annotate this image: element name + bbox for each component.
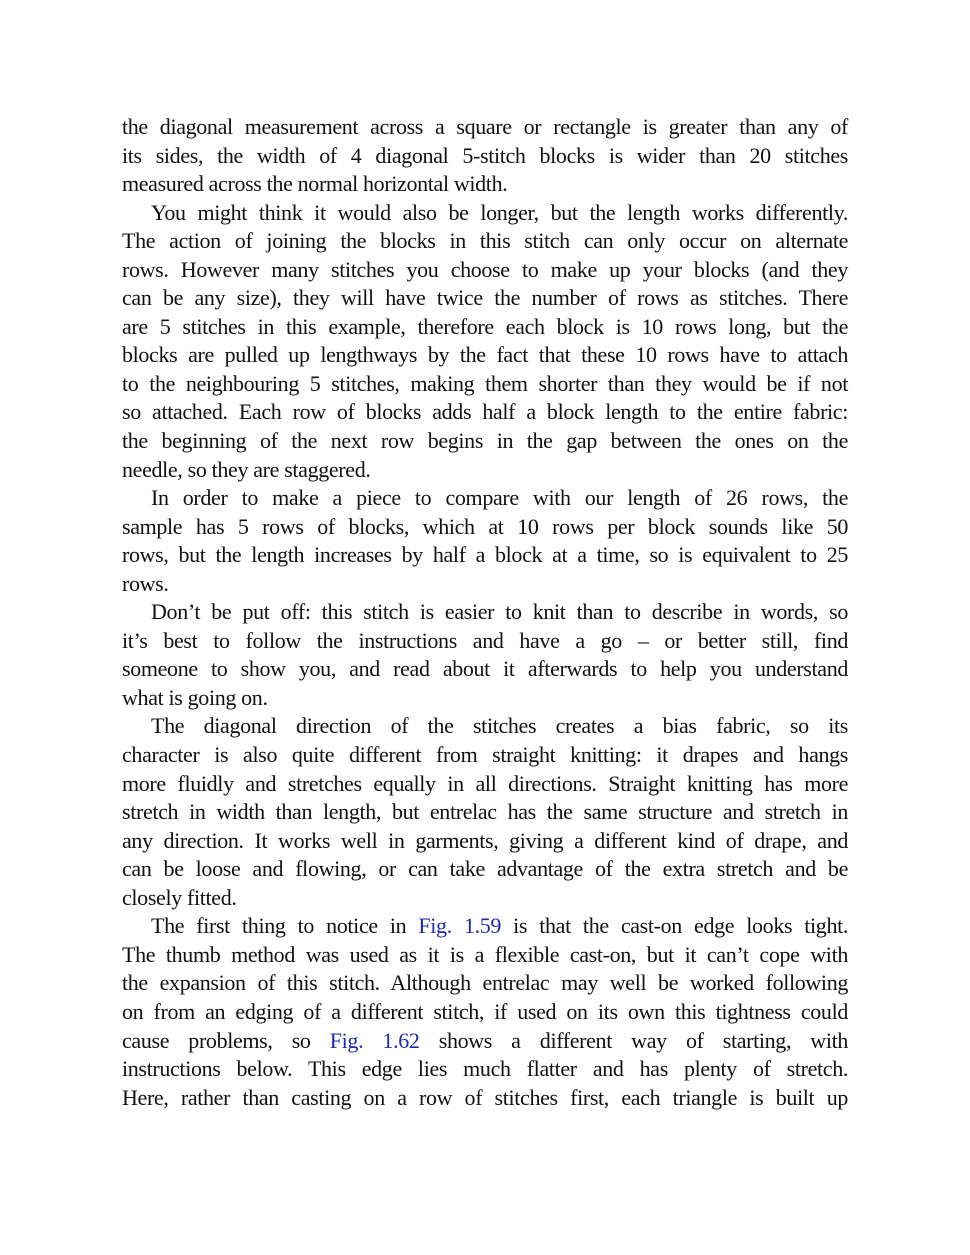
- text-line: blocks are pulled up lengthways by the f…: [122, 341, 848, 370]
- text-line: so attached. Each row of blocks adds hal…: [122, 398, 848, 427]
- text-line: sample has 5 rows of blocks, which at 10…: [122, 513, 848, 542]
- paragraph-figure-reference: The first thing to notice in Fig. 1.59 i…: [122, 912, 848, 1112]
- fig-1-62-link[interactable]: Fig. 1.62: [330, 1028, 420, 1053]
- text-line: Don’t be put off: this stitch is easier …: [122, 598, 848, 627]
- text-line: to the neighbouring 5 stitches, making t…: [122, 370, 848, 399]
- text-line: the expansion of this stitch. Although e…: [122, 969, 848, 998]
- text-line: any direction. It works well in garments…: [122, 827, 848, 856]
- text-line: can be loose and flowing, or can take ad…: [122, 855, 848, 884]
- text-line: someone to show you, and read about it a…: [122, 655, 848, 684]
- text-line: character is also quite different from s…: [122, 741, 848, 770]
- text-line: it’s best to follow the instructions and…: [122, 627, 848, 656]
- text-line: The thumb method was used as it is a fle…: [122, 941, 848, 970]
- text-line: cause problems, so Fig. 1.62 shows a dif…: [122, 1027, 848, 1056]
- text-line: measured across the normal horizontal wi…: [122, 170, 848, 199]
- text-line: instructions below. This edge lies much …: [122, 1055, 848, 1084]
- text-line: the beginning of the next row begins in …: [122, 427, 848, 456]
- text-line: are 5 stitches in this example, therefor…: [122, 313, 848, 342]
- text-line: rows, but the length increases by half a…: [122, 541, 848, 570]
- text-line: The diagonal direction of the stitches c…: [122, 712, 848, 741]
- text-line: You might think it would also be longer,…: [122, 199, 848, 228]
- text-line: on from an edging of a different stitch,…: [122, 998, 848, 1027]
- text-line: The action of joining the blocks in this…: [122, 227, 848, 256]
- text-line: The first thing to notice in Fig. 1.59 i…: [122, 912, 848, 941]
- text-line: what is going on.: [122, 684, 848, 713]
- text-line: Here, rather than casting on a row of st…: [122, 1084, 848, 1113]
- text-line: needle, so they are staggered.: [122, 456, 848, 485]
- text-line: closely fitted.: [122, 884, 848, 913]
- text-line: more fluidly and stretches equally in al…: [122, 770, 848, 799]
- document-page: the diagonal measurement across a square…: [122, 113, 848, 1112]
- text-line: stretch in width than length, but entrel…: [122, 798, 848, 827]
- text-line: can be any size), they will have twice t…: [122, 284, 848, 313]
- text-line: rows. However many stitches you choose t…: [122, 256, 848, 285]
- text-line: In order to make a piece to compare with…: [122, 484, 848, 513]
- text-line: its sides, the width of 4 diagonal 5-sti…: [122, 142, 848, 171]
- body-text: the diagonal measurement across a square…: [122, 113, 848, 912]
- fig-1-59-link[interactable]: Fig. 1.59: [418, 913, 501, 938]
- text-line: the diagonal measurement across a square…: [122, 113, 848, 142]
- text-line: rows.: [122, 570, 848, 599]
